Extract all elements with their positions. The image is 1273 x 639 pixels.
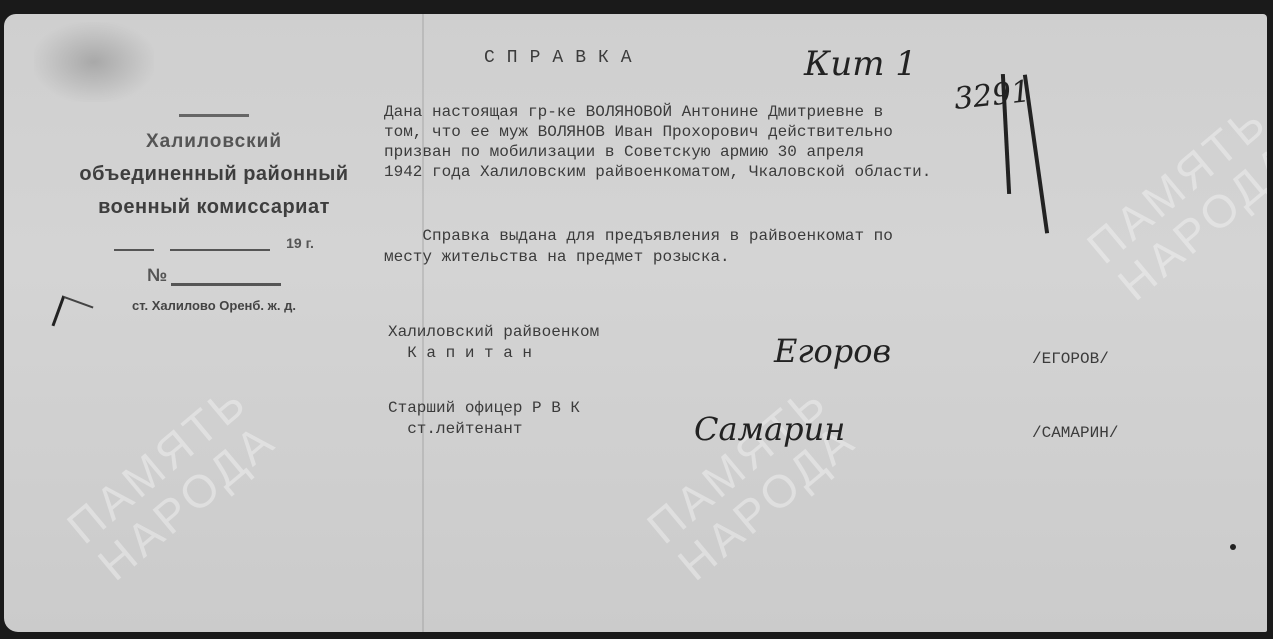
body-line: призван по мобилизации в Советскую армию… (384, 142, 931, 162)
stamp-line-3: военный комиссариат (64, 196, 364, 219)
signatory-2-position: Старший офицер Р В К ст.лейтенант (388, 398, 580, 440)
document-title: СПРАВКА (484, 48, 644, 68)
purpose-line: месту жительства на предмет розыска. (384, 247, 893, 268)
stamp-date-line: 19 г. (64, 235, 364, 251)
stamp-number-line: № (64, 265, 364, 286)
ink-dot (1230, 544, 1236, 550)
certificate-body: Дана настоящая гр-ке ВОЛЯНОВОЙ Антонине … (384, 102, 931, 182)
stamp-bar (179, 114, 249, 117)
stamp-line-2: объединенный районный (64, 163, 364, 186)
signature-2: Самарин (694, 410, 845, 448)
rank-line: К а п и т а н (388, 343, 599, 364)
purpose-line: Справка выдана для предъявления в райвое… (384, 226, 893, 247)
stamp-number-prefix: № (147, 265, 167, 286)
body-line: том, что ее муж ВОЛЯНОВ Иван Прохорович … (384, 122, 931, 142)
stamp-line-1: Халиловский (64, 131, 364, 153)
watermark-right: ПАМЯТЬ НАРОДА (1078, 95, 1267, 309)
office-stamp: Халиловский объединенный районный военны… (64, 114, 364, 313)
rank-line: ст.лейтенант (388, 419, 580, 440)
stamp-address: ст. Халилово Оренб. ж. д. (64, 298, 364, 313)
signatory-1-name: /ЕГОРОВ/ (1032, 350, 1109, 368)
body-line: Дана настоящая гр-ке ВОЛЯНОВОЙ Антонине … (384, 102, 931, 122)
signatory-1-position: Халиловский райвоенком К а п и т а н (388, 322, 599, 364)
document-sheet: ПАМЯТЬ НАРОДА ПАМЯТЬ НАРОДА ПАМЯТЬ НАРОД… (4, 14, 1267, 632)
watermark-left: ПАМЯТЬ НАРОДА (58, 375, 287, 589)
body-line: 1942 года Халиловским райвоенкоматом, Чк… (384, 162, 931, 182)
watermark-center: ПАМЯТЬ НАРОДА (638, 375, 867, 589)
position-line: Халиловский райвоенком (388, 322, 599, 343)
position-line: Старший офицер Р В К (388, 398, 580, 419)
stain-mark (34, 22, 154, 102)
certificate-purpose: Справка выдана для предъявления в райвое… (384, 226, 893, 268)
stamp-date-suffix: 19 г. (286, 235, 314, 251)
handwritten-archive-number: 3291 (952, 74, 1032, 117)
signatory-2-name: /САМАРИН/ (1032, 424, 1118, 442)
pen-stroke (1023, 75, 1049, 234)
handwritten-archive-note: Кит 1 (804, 44, 917, 84)
signature-1: Егоров (774, 332, 891, 370)
